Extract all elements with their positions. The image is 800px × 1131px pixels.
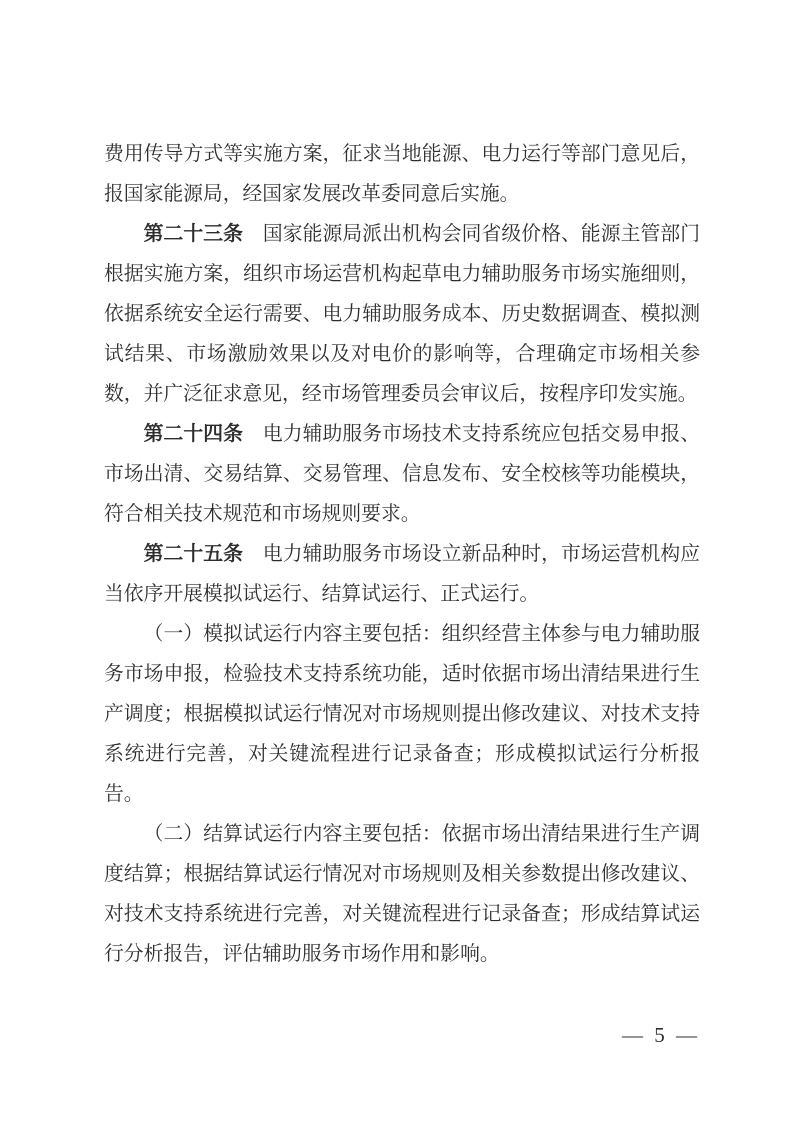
article-number: 第二十四条 xyxy=(144,423,243,445)
document-body: 费用传导方式等实施方案，征求当地能源、电力运行等部门意见后，报国家能源局，经国家… xyxy=(104,134,700,974)
paragraph: 第二十三条 国家能源局派出机构会同省级价格、能源主管部门根据实施方案，组织市场运… xyxy=(104,214,700,414)
paragraph-text: （一）模拟试运行内容主要包括：组织经营主体参与电力辅助服务市场申报，检验技术支持… xyxy=(104,623,700,805)
paragraph-text: （二）结算试运行内容主要包括：依据市场出清结果进行生产调度结算；根据结算试运行情… xyxy=(104,823,700,965)
paragraph: （二）结算试运行内容主要包括：依据市场出清结果进行生产调度结算；根据结算试运行情… xyxy=(104,814,700,974)
paragraph: 第二十四条 电力辅助服务市场技术支持系统应包括交易申报、市场出清、交易结算、交易… xyxy=(104,414,700,534)
paragraph: 第二十五条 电力辅助服务市场设立新品种时，市场运营机构应当依序开展模拟试运行、结… xyxy=(104,534,700,614)
paragraph: （一）模拟试运行内容主要包括：组织经营主体参与电力辅助服务市场申报，检验技术支持… xyxy=(104,614,700,814)
page-number: — 5 — xyxy=(622,1022,700,1048)
document-page: 费用传导方式等实施方案，征求当地能源、电力运行等部门意见后，报国家能源局，经国家… xyxy=(0,0,800,1131)
paragraph-text: 国家能源局派出机构会同省级价格、能源主管部门根据实施方案，组织市场运营机构起草电… xyxy=(104,223,700,405)
paragraph: 费用传导方式等实施方案，征求当地能源、电力运行等部门意见后，报国家能源局，经国家… xyxy=(104,134,700,214)
article-number: 第二十三条 xyxy=(144,223,243,245)
article-number: 第二十五条 xyxy=(144,543,243,565)
paragraph-text: 费用传导方式等实施方案，征求当地能源、电力运行等部门意见后，报国家能源局，经国家… xyxy=(104,143,700,205)
